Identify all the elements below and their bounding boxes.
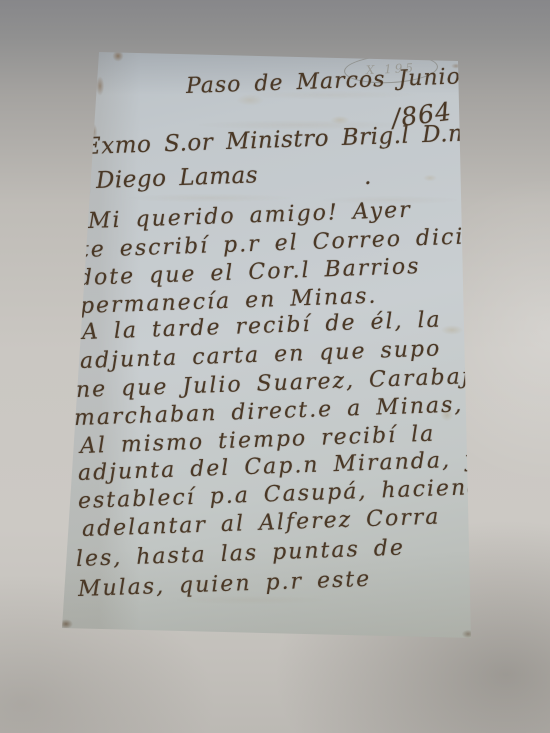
photo-of-letter: X 195 Paso de Marcos Junio 26 /864 Exmo …: [0, 0, 550, 733]
body-line: Mulas, quien p.r este: [78, 567, 372, 602]
letter-paper: X 195 Paso de Marcos Junio 26 /864 Exmo …: [0, 0, 550, 733]
dateline: Paso de Marcos Junio 26: [186, 63, 505, 99]
salutation-period: .: [364, 164, 373, 190]
salutation-line: Exmo S.or Ministro Brig.l D.n: [84, 121, 464, 160]
salutation-line: Diego Lamas: [96, 162, 259, 194]
